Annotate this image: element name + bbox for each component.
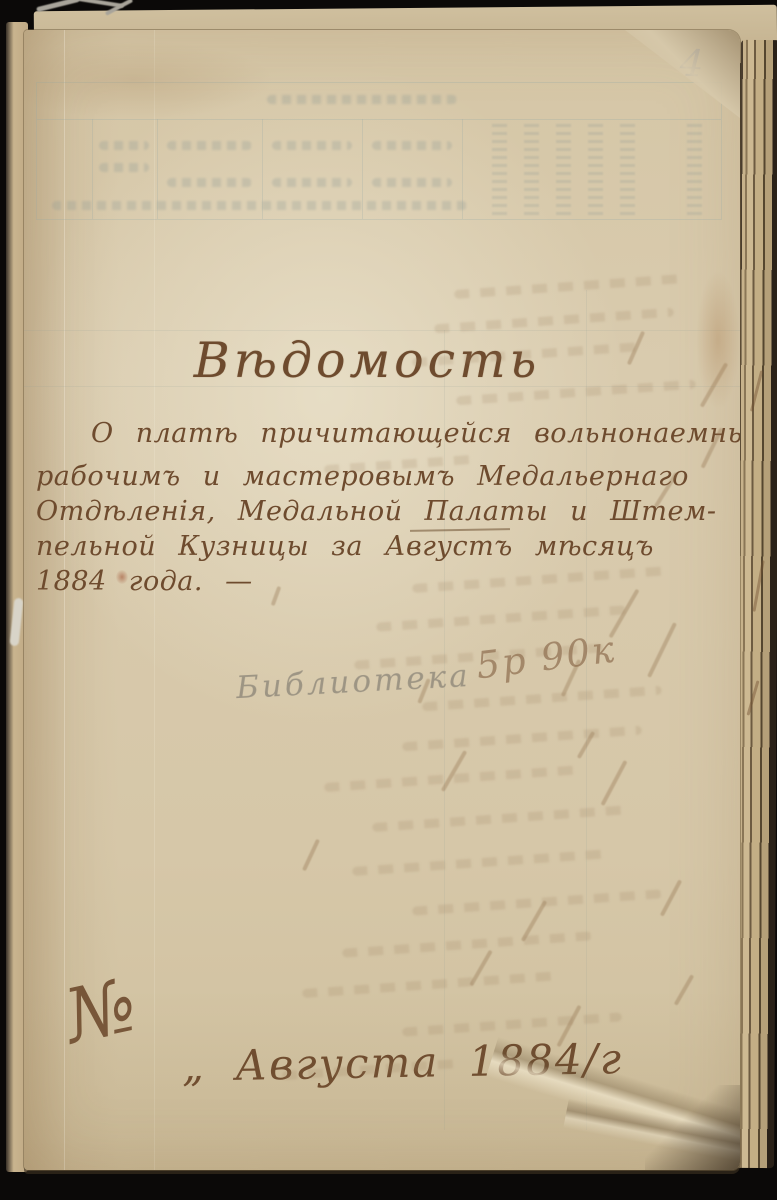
bleedthrough-vertical-text bbox=[588, 123, 603, 215]
ghost-rule bbox=[24, 330, 740, 331]
paper-page: 4 Вѣдомость О платѣ причитающейся вольно… bbox=[24, 30, 740, 1170]
ghost-rule bbox=[444, 330, 445, 1130]
ink-bleedthrough-mark bbox=[647, 622, 677, 678]
body-line-1: О платѣ причитающейся вольнонаемнымъ bbox=[36, 418, 740, 449]
handwriting-bleedthrough bbox=[352, 849, 612, 876]
ghost-rule bbox=[586, 290, 587, 1130]
body-line-3: Отдѣленія, Медальной Палаты и Штем- bbox=[36, 496, 730, 527]
bleedthrough-text bbox=[372, 141, 452, 150]
bleedthrough-vertical-text bbox=[556, 123, 571, 215]
ink-bleedthrough-mark bbox=[674, 974, 694, 1005]
handwriting-bleedthrough bbox=[302, 971, 562, 998]
bleedthrough-vertical-text bbox=[492, 123, 507, 215]
bleedthrough-text bbox=[372, 178, 452, 187]
bleedthrough-text bbox=[167, 178, 252, 187]
ink-bleedthrough-mark bbox=[600, 760, 627, 806]
bleedthrough-vertical-text bbox=[524, 123, 539, 215]
archival-scan: 4 Вѣдомость О платѣ причитающейся вольно… bbox=[0, 0, 777, 1200]
handwriting-bleedthrough bbox=[402, 1012, 622, 1036]
bleedthrough-text bbox=[99, 141, 149, 150]
handwriting-bleedthrough bbox=[372, 805, 632, 832]
bleedthrough-text bbox=[52, 201, 467, 210]
bleedthrough-text bbox=[167, 141, 252, 150]
body-line-4: пельной Кузницы за Августъ мѣсяцъ bbox=[36, 531, 730, 562]
bleedthrough-vertical-text bbox=[687, 123, 702, 215]
handwriting-bleedthrough bbox=[402, 726, 642, 752]
ink-bleedthrough-mark bbox=[302, 839, 320, 872]
bleedthrough-table bbox=[36, 82, 722, 220]
bleedthrough-text bbox=[272, 178, 352, 187]
handwriting-bleedthrough bbox=[342, 931, 592, 957]
monogram-flourish: № bbox=[58, 962, 144, 1061]
page-stack-edge bbox=[735, 40, 777, 1168]
ink-bleedthrough-mark bbox=[660, 879, 682, 916]
bleedthrough-text bbox=[272, 141, 352, 150]
handwriting-bleedthrough bbox=[376, 605, 626, 631]
stack-ink-mark bbox=[750, 370, 763, 411]
stack-ink-mark bbox=[752, 560, 764, 612]
document-title: Вѣдомость bbox=[24, 332, 710, 389]
bleedthrough-table-line bbox=[37, 119, 721, 120]
bleedthrough-text bbox=[99, 163, 149, 172]
handwriting-bleedthrough bbox=[454, 274, 684, 299]
corner-shadow bbox=[645, 1085, 740, 1170]
stack-ink-mark bbox=[747, 680, 760, 715]
bleedthrough-text bbox=[267, 95, 457, 104]
bleedthrough-vertical-text bbox=[620, 123, 635, 215]
